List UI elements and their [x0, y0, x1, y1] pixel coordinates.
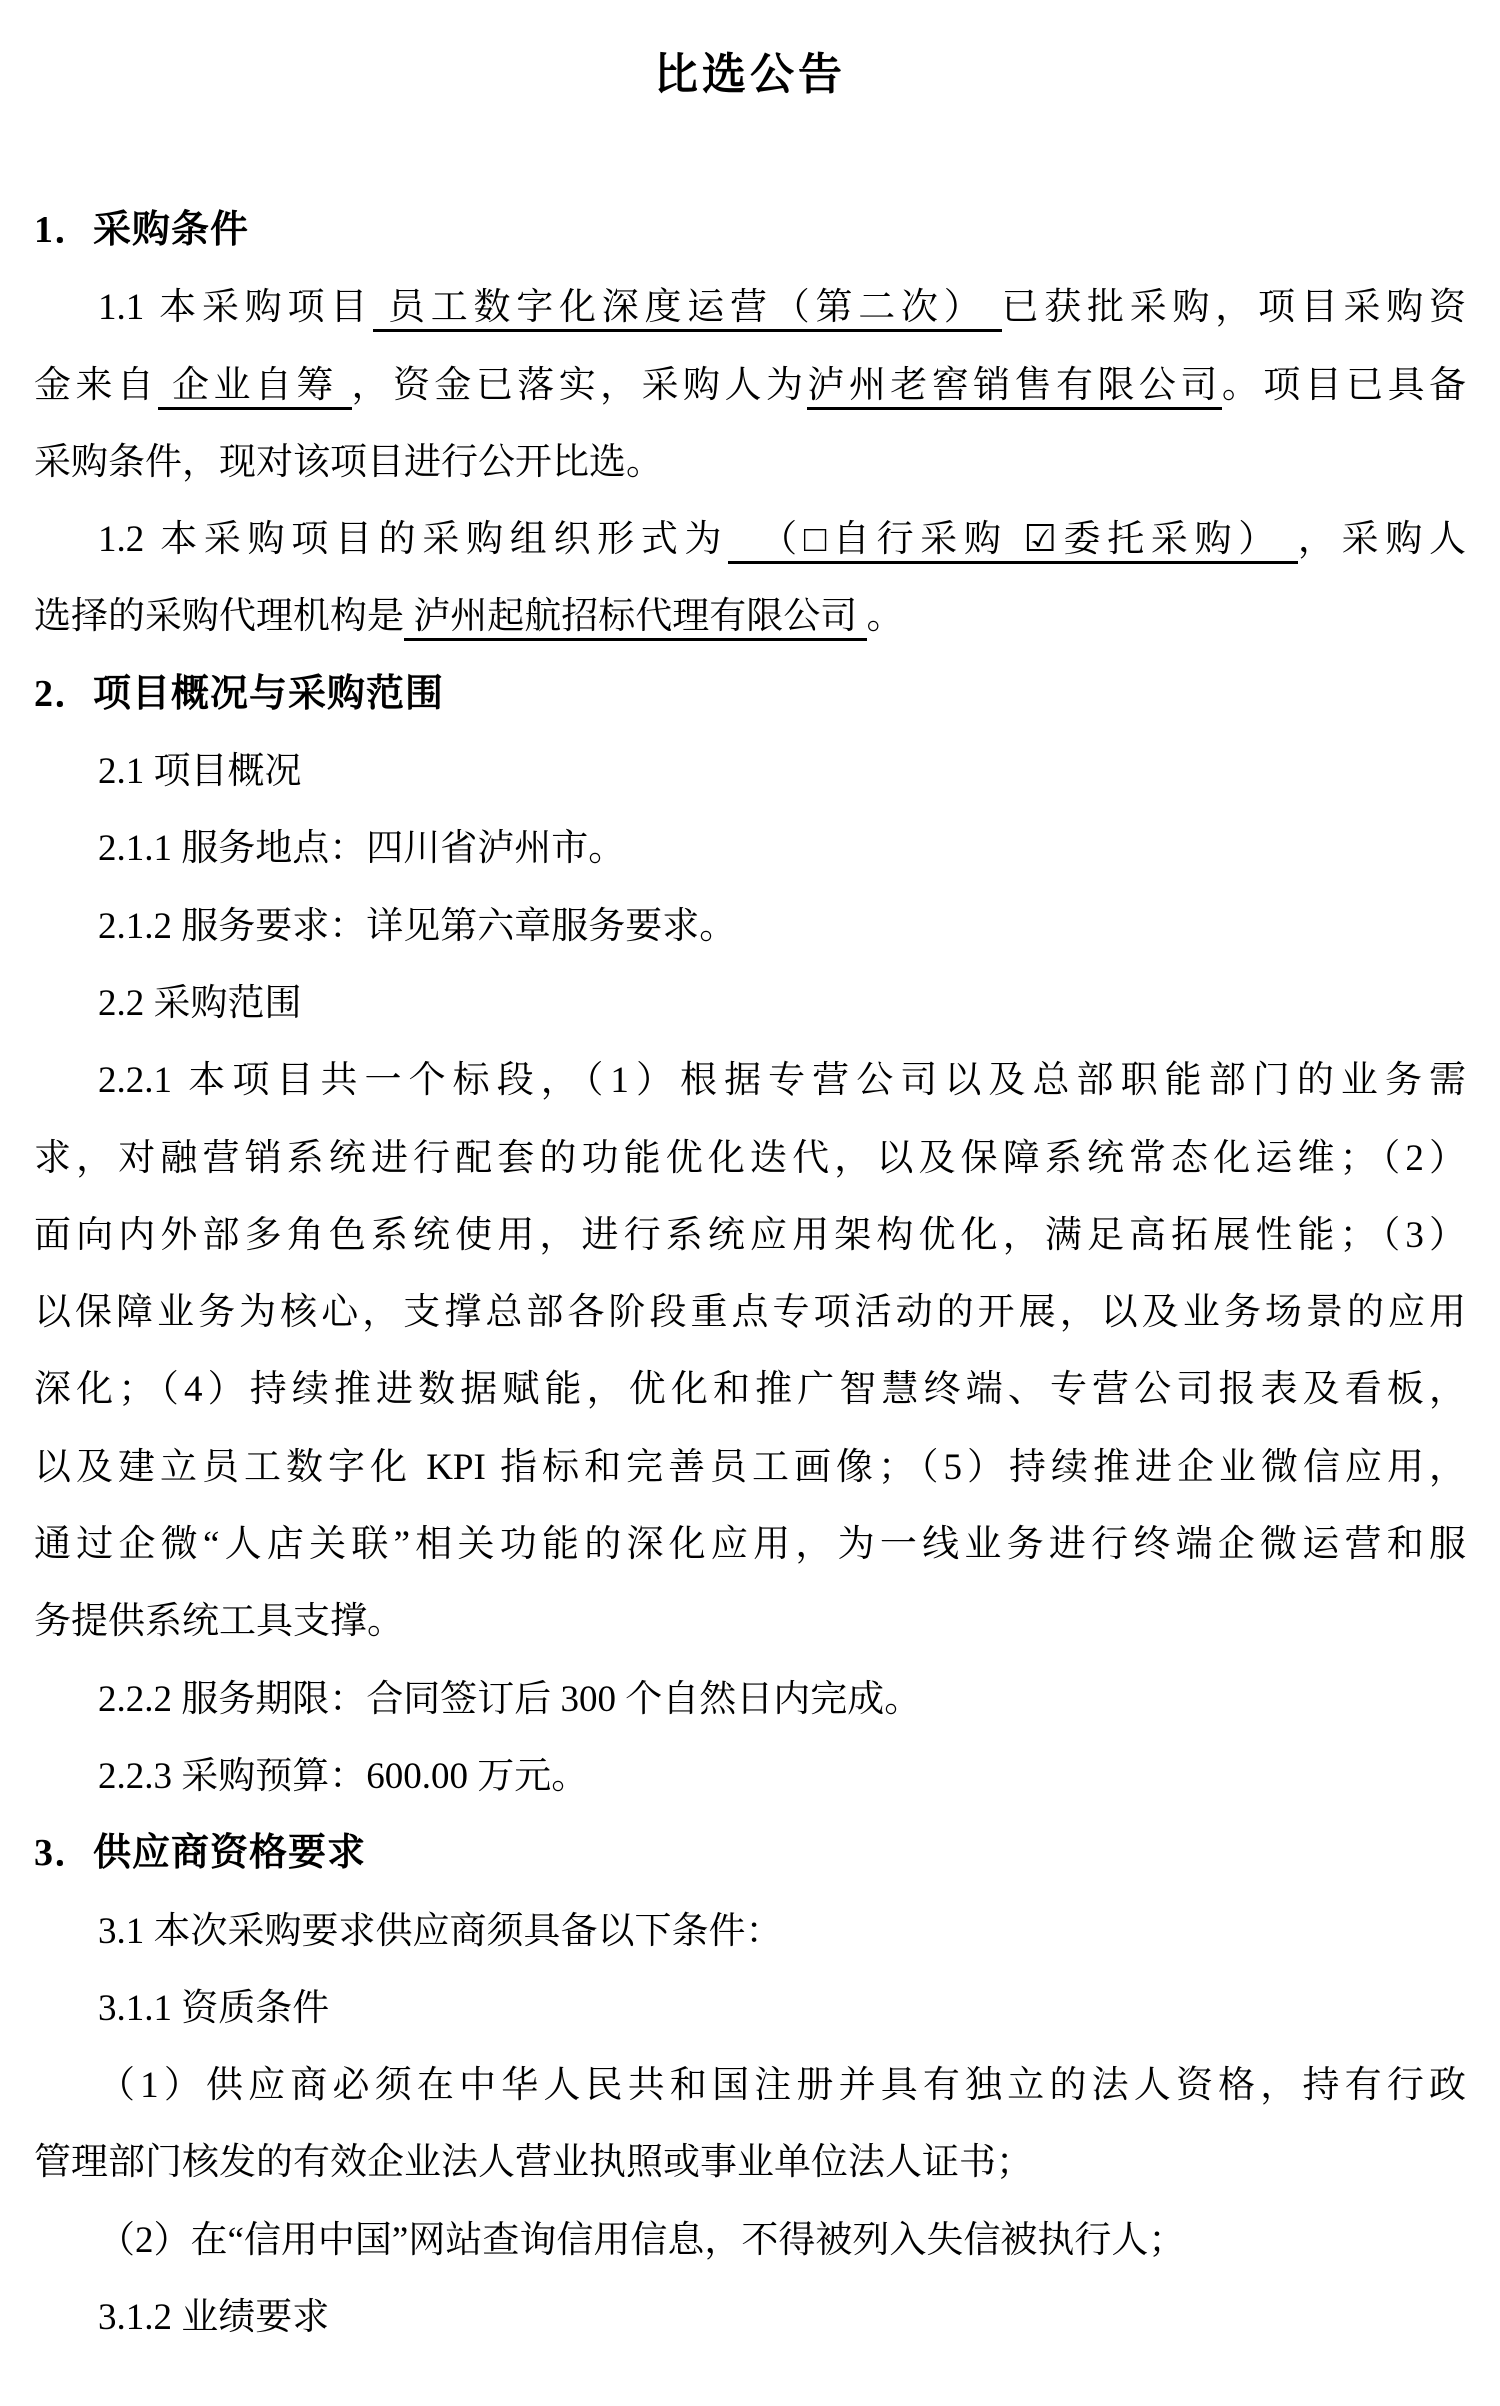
underlined-text: （ [728, 519, 804, 564]
document-page: 比选公告 1．采购条件1.1 本采购项目 员工数字化深度运营（第二次） 已获批采… [0, 0, 1500, 2406]
text-segment: 以保障业务为核心，支撑总部各阶段重点专项活动的开展，以及业务场景的应用 [34, 1292, 1466, 1333]
doc-line: 2.2.3 采购预算：600.00 万元。 [34, 1738, 1466, 1815]
doc-line: 选择的采购代理机构是 泸州起航招标代理有限公司 。 [34, 578, 1466, 655]
text-segment: ，采购人 [1298, 519, 1466, 560]
text-segment: ，资金已落实，采购人为 [352, 365, 808, 406]
text-segment: 3．供应商资格要求 [34, 1832, 366, 1874]
doc-line: 以保障业务为核心，支撑总部各阶段重点专项活动的开展，以及业务场景的应用 [34, 1274, 1466, 1351]
checkbox-unchecked-icon: □ [804, 519, 833, 564]
doc-line: 2.1 项目概况 [34, 733, 1466, 810]
text-segment: 金来自 [34, 365, 158, 406]
text-segment: 求，对融营销系统进行配套的功能优化迭代，以及保障系统常态化运维；（2） [34, 1138, 1466, 1179]
checkbox-checked-icon: ☑ [1024, 519, 1057, 564]
text-segment: 面向内外部多角色系统使用，进行系统应用架构优化，满足高拓展性能；（3） [34, 1215, 1466, 1256]
doc-line: 面向内外部多角色系统使用，进行系统应用架构优化，满足高拓展性能；（3） [34, 1197, 1466, 1274]
doc-line: 3.1.2 业绩要求 [34, 2279, 1466, 2356]
text-segment: 1．采购条件 [34, 209, 249, 251]
text-segment: 1.1 本采购项目 [98, 287, 373, 328]
doc-line: 深化；（4）持续推进数据赋能，优化和推广智慧终端、专营公司报表及看板， [34, 1351, 1466, 1428]
doc-line: 2.2.2 服务期限：合同签订后 300 个自然日内完成。 [34, 1661, 1466, 1738]
text-segment: 务提供系统工具支撑。 [34, 1601, 404, 1642]
doc-line: 通过企微“人店关联”相关功能的深化应用，为一线业务进行终端企微运营和服 [34, 1506, 1466, 1583]
text-segment: 深化；（4）持续推进数据赋能，优化和推广智慧终端、专营公司报表及看板， [34, 1369, 1466, 1410]
text-segment: 2.1.1 服务地点：四川省泸州市。 [98, 828, 625, 869]
doc-line: 3.1 本次采购要求供应商须具备以下条件： [34, 1893, 1466, 1970]
doc-line: 2.2 采购范围 [34, 965, 1466, 1042]
text-segment: 1.2 本采购项目的采购组织形式为 [98, 519, 728, 560]
text-segment: 2.2 采购范围 [98, 983, 302, 1024]
doc-line: 务提供系统工具支撑。 [34, 1583, 1466, 1660]
text-segment: 2.1 项目概况 [98, 751, 302, 792]
text-segment: 。 [867, 596, 904, 637]
doc-line: 以及建立员工数字化 KPI 指标和完善员工画像；（5）持续推进企业微信应用， [34, 1429, 1466, 1506]
text-segment: 2.2.3 采购预算：600.00 万元。 [98, 1756, 588, 1797]
page-title: 比选公告 [34, 46, 1466, 104]
doc-line: 1.2 本采购项目的采购组织形式为 （□自行采购 ☑委托采购） ，采购人 [34, 501, 1466, 578]
underlined-text: 企业自筹 [158, 365, 351, 410]
doc-line: 金来自 企业自筹 ，资金已落实，采购人为泸州老窖销售有限公司。项目已具备 [34, 347, 1466, 424]
text-segment: 管理部门核发的有效企业法人营业执照或事业单位法人证书； [34, 2142, 1033, 2183]
text-segment: （1）供应商必须在中华人民共和国注册并具有独立的法人资格，持有行政 [98, 2065, 1466, 2106]
doc-line: （2）在“信用中国”网站查询信用信息，不得被列入失信被执行人； [34, 2202, 1466, 2279]
underlined-text: 泸州起航招标代理有限公司 [404, 596, 867, 641]
doc-line: 2.1.1 服务地点：四川省泸州市。 [34, 810, 1466, 887]
section-heading: 1．采购条件 [34, 192, 1466, 269]
text-segment: 以及建立员工数字化 KPI 指标和完善员工画像；（5）持续推进企业微信应用， [34, 1447, 1466, 1488]
underlined-text: 泸州老窖销售有限公司 [807, 365, 1221, 410]
text-segment: 选择的采购代理机构是 [34, 596, 404, 637]
text-segment: 。项目已具备 [1222, 365, 1466, 406]
section-heading: 3．供应商资格要求 [34, 1815, 1466, 1892]
text-segment: 3.1.1 资质条件 [98, 1988, 329, 2029]
text-segment: 2．项目概况与采购范围 [34, 673, 444, 715]
text-segment: 采购条件，现对该项目进行公开比选。 [34, 442, 663, 483]
text-segment: 3.1.2 业绩要求 [98, 2297, 329, 2338]
section-heading: 2．项目概况与采购范围 [34, 656, 1466, 733]
doc-line: 采购条件，现对该项目进行公开比选。 [34, 424, 1466, 501]
text-segment: 2.2.2 服务期限：合同签订后 300 个自然日内完成。 [98, 1679, 921, 1720]
doc-line: 2.2.1 本项目共一个标段，（1）根据专营公司以及总部职能部门的业务需 [34, 1042, 1466, 1119]
doc-line: 管理部门核发的有效企业法人营业执照或事业单位法人证书； [34, 2124, 1466, 2201]
underlined-text: 委托采购） [1057, 519, 1298, 564]
doc-line: 3.1.1 资质条件 [34, 1970, 1466, 2047]
text-segment: 已获批采购，项目采购资 [1002, 287, 1467, 328]
text-segment: 3.1 本次采购要求供应商须具备以下条件： [98, 1911, 783, 1952]
doc-line: 求，对融营销系统进行配套的功能优化迭代，以及保障系统常态化运维；（2） [34, 1120, 1466, 1197]
underlined-text: 员工数字化深度运营（第二次） [373, 287, 1002, 332]
underlined-text: 自行采购 [833, 519, 1024, 564]
text-segment: 2.2.1 本项目共一个标段，（1）根据专营公司以及总部职能部门的业务需 [98, 1060, 1466, 1101]
text-segment: 2.1.2 服务要求：详见第六章服务要求。 [98, 906, 736, 947]
document-body: 1．采购条件1.1 本采购项目 员工数字化深度运营（第二次） 已获批采购，项目采… [34, 192, 1466, 2356]
doc-line: 1.1 本采购项目 员工数字化深度运营（第二次） 已获批采购，项目采购资 [34, 269, 1466, 346]
text-segment: （2）在“信用中国”网站查询信用信息，不得被列入失信被执行人； [98, 2220, 1185, 2261]
text-segment: 通过企微“人店关联”相关功能的深化应用，为一线业务进行终端企微运营和服 [34, 1524, 1466, 1565]
doc-line: 2.1.2 服务要求：详见第六章服务要求。 [34, 888, 1466, 965]
doc-line: （1）供应商必须在中华人民共和国注册并具有独立的法人资格，持有行政 [34, 2047, 1466, 2124]
